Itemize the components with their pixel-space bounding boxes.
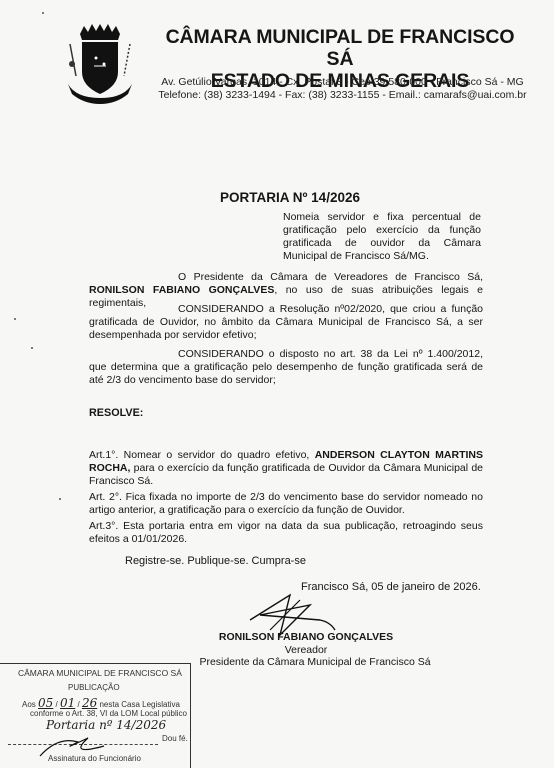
closing-formula: Registre-se. Publique-se. Cumpra-se xyxy=(125,555,306,567)
header-contact: Av. Getúlio Vargas, 1014 - Cx. Postal 3 … xyxy=(150,76,535,102)
institution-name: CÂMARA MUNICIPAL DE FRANCISCO SÁ xyxy=(150,26,530,70)
article-3: Art.3°. Esta portaria entra em vigor na … xyxy=(89,520,483,546)
stamp-footer: Assinatura do Funcionário xyxy=(48,754,141,763)
address-line: Av. Getúlio Vargas, 1014 - Cx. Postal 3 … xyxy=(150,76,535,89)
signatory-role: Vereador xyxy=(196,644,416,656)
article-1: Art.1°. Nomear o servidor do quadro efet… xyxy=(89,449,483,489)
scan-speck xyxy=(42,12,44,14)
stamp-aos: Aos xyxy=(22,700,36,709)
article-1-text: Art.1°. Nomear o servidor do quadro efet… xyxy=(89,449,315,461)
resolve-heading: RESOLVE: xyxy=(89,407,143,419)
stamp-month: 01 xyxy=(60,696,75,710)
article-2: Art. 2°. Fica fixada no importe de 2/3 d… xyxy=(89,491,483,517)
stamp-casa: nesta Casa Legislativa xyxy=(99,700,180,709)
signatory-name: RONILSON FABIANO GONÇALVES xyxy=(196,631,416,643)
stamp-year: 26 xyxy=(82,696,97,710)
preamble-text: O Presidente da Câmara de Vereadores de … xyxy=(178,271,483,283)
stamp-conforme: conforme o Art. 38, VI da LOM Local públ… xyxy=(30,709,187,718)
article-1-text-end: para o exercício da função gratificada d… xyxy=(89,462,483,487)
contact-line: Telefone: (38) 3233-1494 - Fax: (38) 323… xyxy=(150,89,535,102)
stamp-title: PUBLICAÇÃO xyxy=(68,683,120,692)
coat-of-arms-icon xyxy=(66,24,134,104)
document-title: PORTARIA Nº 14/2026 xyxy=(220,190,360,205)
scan-speck xyxy=(59,498,61,500)
stamp-dou-fe: Dou fé. xyxy=(162,734,188,743)
ementa: Nomeia servidor e fixa percentual de gra… xyxy=(283,211,481,263)
scan-speck xyxy=(14,318,16,320)
stamp-handwritten-ref: Portaria nº 14/2026 xyxy=(46,718,166,732)
scan-speck xyxy=(31,347,33,349)
signatory-position: Presidente da Câmara Municipal de Franci… xyxy=(170,656,460,668)
stamp-day: 05 xyxy=(38,696,53,710)
stamp-date-line: Aos 05 / 01 / 26 nesta Casa Legislativa xyxy=(22,696,180,710)
president-name: RONILSON FABIANO GONÇALVES xyxy=(89,284,274,296)
considerando-2: CONSIDERANDO o disposto no art. 38 da Le… xyxy=(89,348,483,388)
stamp-header: CÂMARA MUNICIPAL DE FRANCISCO SÁ xyxy=(18,668,182,678)
publication-stamp: CÂMARA MUNICIPAL DE FRANCISCO SÁ PUBLICA… xyxy=(0,663,191,768)
considerando-1: CONSIDERANDO a Resolução nº02/2020, que … xyxy=(89,303,483,343)
